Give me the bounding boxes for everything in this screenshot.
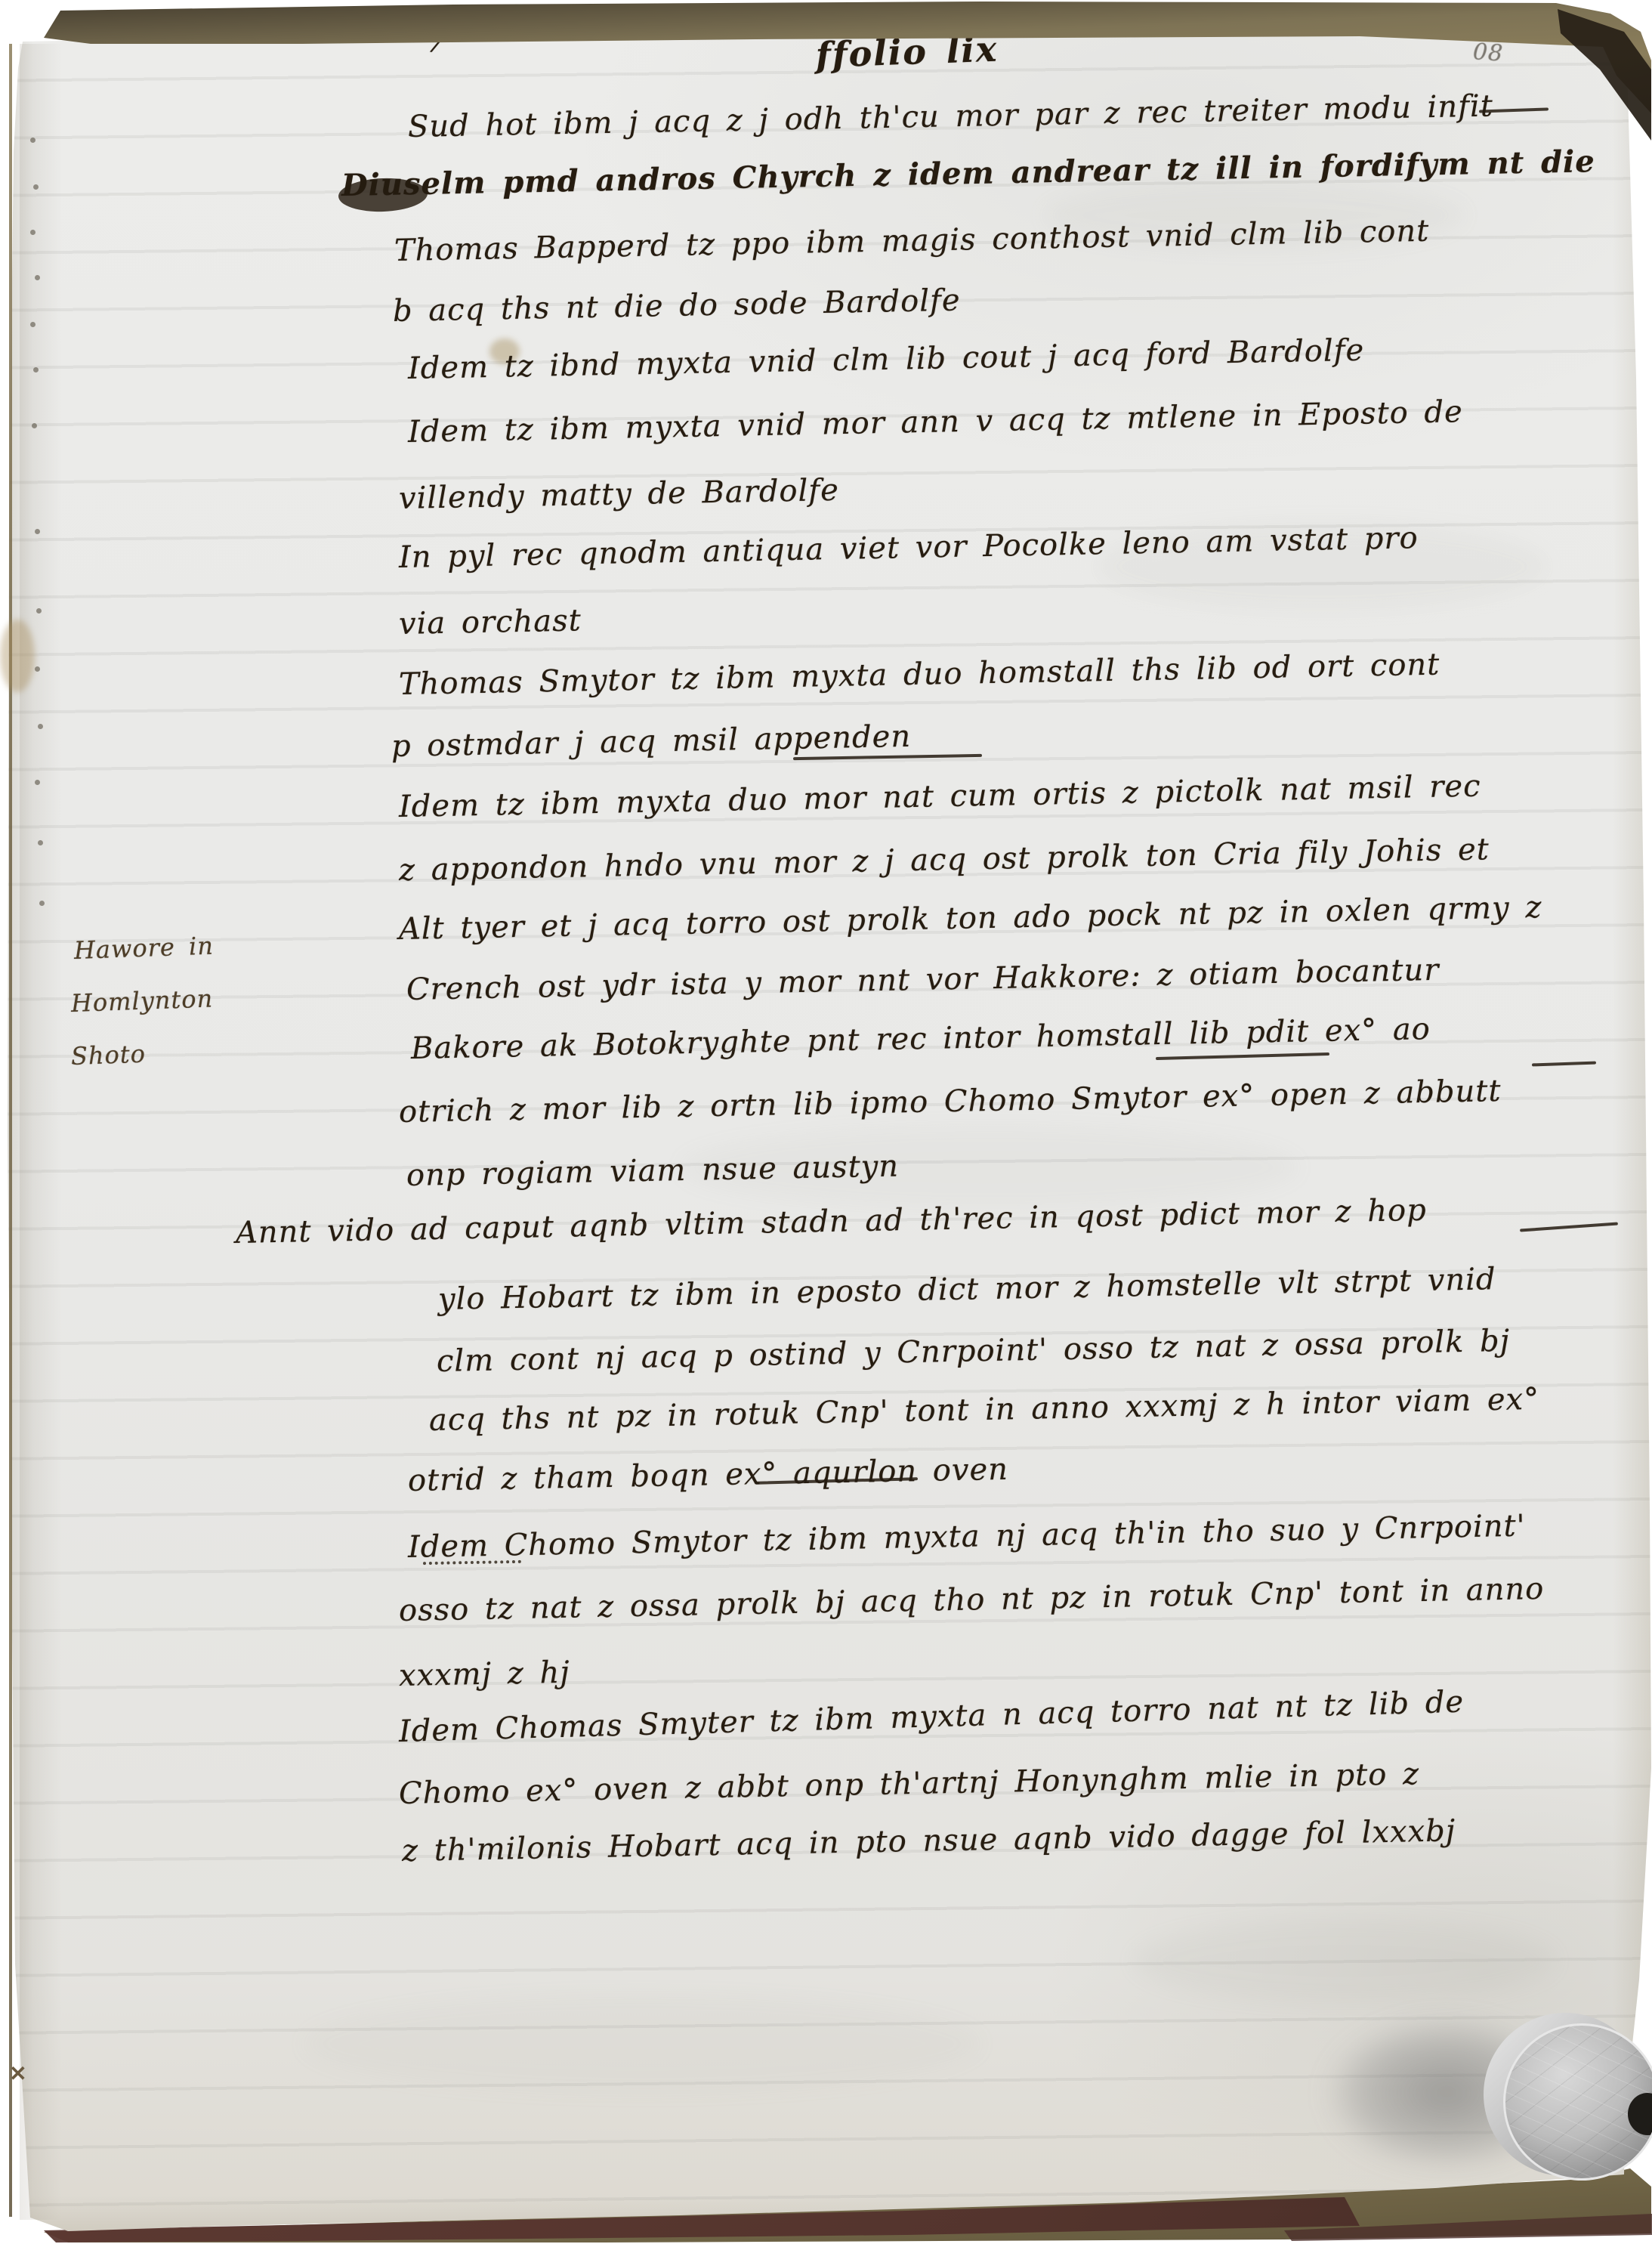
paper-stain [0,620,35,692]
faint-pencil-mark: 08 [1472,41,1504,66]
gutter-crease [20,44,62,2220]
manuscript-line: via orchast [399,605,582,639]
margin-note-line: Hawore in [73,934,214,963]
page-weight-notch [1628,2093,1652,2135]
page-weight-disc [1503,2023,1652,2181]
margin-note-line: Homlynton [70,986,213,1015]
manuscript-page [0,0,1652,2244]
manuscript-line: xxxmj z hj [399,1658,570,1691]
margin-note-line: Shoto [70,1042,146,1068]
stitch-thread-icon: ✕ [9,2061,26,2086]
manuscript-line: onp rogiam viam nsue austyn [406,1151,900,1191]
manuscript-line: villendy matty de Bardolfe [399,475,840,514]
manuscript-photo: ✕ ffolio lix 7 08 Hawore in Homlynton Sh… [0,0,1652,2244]
gutter-seam [9,44,12,2217]
